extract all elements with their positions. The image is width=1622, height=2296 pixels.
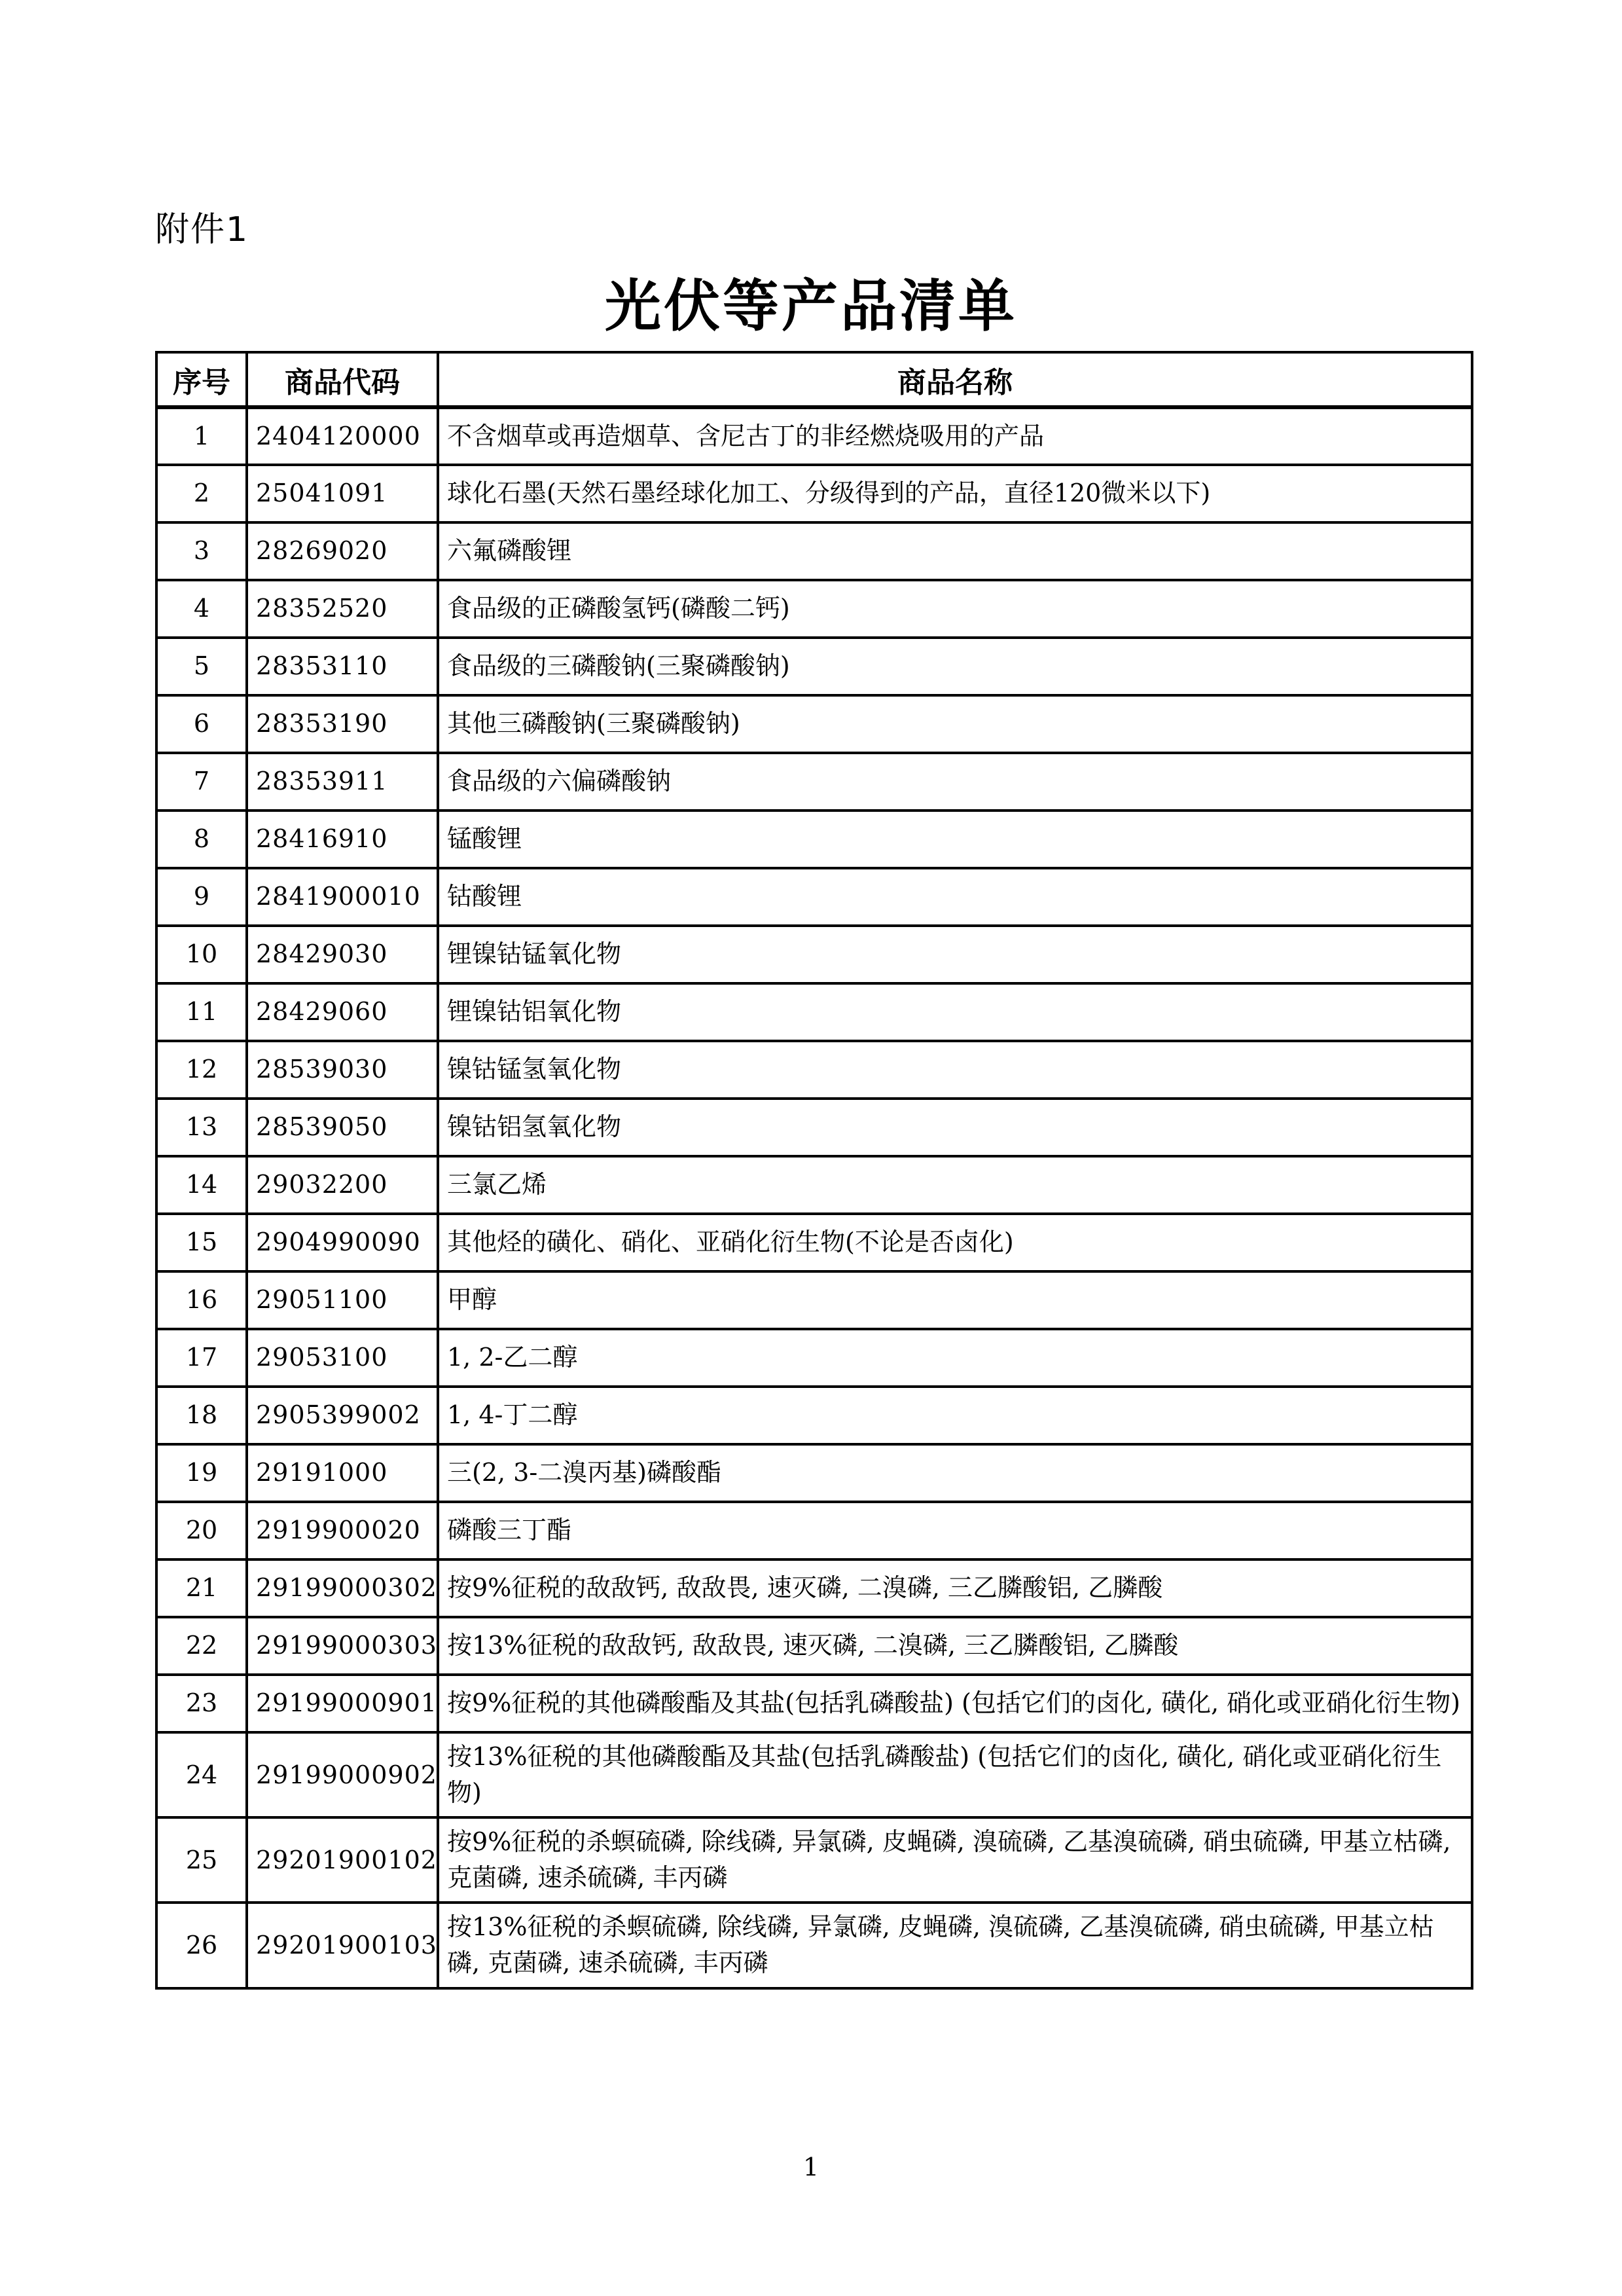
table-row: 22 29199000303 按13%征税的敌敌钙, 敌敌畏, 速灭磷, 二溴磷… (156, 1617, 1472, 1675)
product-name-cell: 球化石墨(天然石墨经球化加工、分级得到的产品，直径120微米以下) (438, 465, 1472, 522)
product-code-cell: 2841900010 (247, 868, 438, 926)
product-name-cell: 钴酸锂 (438, 868, 1472, 926)
product-code-cell: 29032200 (247, 1156, 438, 1214)
row-serial-number-cell: 16 (156, 1271, 247, 1329)
table-row: 8 28416910 锰酸锂 (156, 811, 1472, 868)
product-code-cell: 29201900103 (247, 1903, 438, 1988)
row-serial-number-cell: 20 (156, 1502, 247, 1559)
product-code-cell: 25041091 (247, 465, 438, 522)
table-row: 9 2841900010 钴酸锂 (156, 868, 1472, 926)
row-serial-number-cell: 21 (156, 1559, 247, 1617)
table-row: 5 28353110 食品级的三磷酸钠(三聚磷酸钠) (156, 638, 1472, 695)
product-code-cell: 2919900020 (247, 1502, 438, 1559)
product-name-cell: 按13%征税的杀螟硫磷, 除线磷, 异氯磷, 皮蝇磷, 溴硫磷, 乙基溴硫磷, … (438, 1903, 1472, 1988)
table-row: 23 29199000901 按9%征税的其他磷酸酯及其盐(包括乳磷酸盐) (包… (156, 1675, 1472, 1732)
table-row: 25 29201900102 按9%征税的杀螟硫磷, 除线磷, 异氯磷, 皮蝇磷… (156, 1817, 1472, 1903)
row-serial-number-cell: 17 (156, 1329, 247, 1387)
product-code-cell: 28416910 (247, 811, 438, 868)
page-number: 1 (0, 2153, 1622, 2181)
row-serial-number-cell: 6 (156, 695, 247, 753)
table-row: 21 29199000302 按9%征税的敌敌钙, 敌敌畏, 速灭磷, 二溴磷,… (156, 1559, 1472, 1617)
product-name-cell: 锰酸锂 (438, 811, 1472, 868)
row-serial-number-cell: 4 (156, 580, 247, 638)
product-table: 序号 商品代码 商品名称 1 2404120000 不含烟草或再造烟草、含尼古丁… (155, 351, 1473, 1990)
row-serial-number-cell: 9 (156, 868, 247, 926)
product-code-cell: 28353110 (247, 638, 438, 695)
product-code-cell: 29053100 (247, 1329, 438, 1387)
product-code-cell: 2904990090 (247, 1214, 438, 1271)
table-row: 20 2919900020 磷酸三丁酯 (156, 1502, 1472, 1559)
product-code-cell: 29199000901 (247, 1675, 438, 1732)
table-row: 17 29053100 1, 2-乙二醇 (156, 1329, 1472, 1387)
row-serial-number-cell: 14 (156, 1156, 247, 1214)
row-serial-number-cell: 2 (156, 465, 247, 522)
attachment-label: 附件1 (155, 202, 249, 251)
table-body: 1 2404120000 不含烟草或再造烟草、含尼古丁的非经燃烧吸用的产品 2 … (156, 407, 1472, 1988)
product-name-cell: 1, 2-乙二醇 (438, 1329, 1472, 1387)
product-name-cell: 食品级的正磷酸氢钙(磷酸二钙) (438, 580, 1472, 638)
product-name-cell: 按13%征税的其他磷酸酯及其盐(包括乳磷酸盐) (包括它们的卤化, 磺化, 硝化… (438, 1732, 1472, 1817)
table-row: 16 29051100 甲醇 (156, 1271, 1472, 1329)
page-title: 光伏等产品清单 (0, 261, 1622, 342)
table-row: 4 28352520 食品级的正磷酸氢钙(磷酸二钙) (156, 580, 1472, 638)
row-serial-number-cell: 13 (156, 1099, 247, 1156)
table-row: 26 29201900103 按13%征税的杀螟硫磷, 除线磷, 异氯磷, 皮蝇… (156, 1903, 1472, 1988)
product-name-cell: 食品级的三磷酸钠(三聚磷酸钠) (438, 638, 1472, 695)
table-row: 7 28353911 食品级的六偏磷酸钠 (156, 753, 1472, 811)
row-serial-number-cell: 24 (156, 1732, 247, 1817)
product-name-cell: 三(2, 3-二溴丙基)磷酸酯 (438, 1444, 1472, 1502)
table-row: 2 25041091 球化石墨(天然石墨经球化加工、分级得到的产品，直径120微… (156, 465, 1472, 522)
product-name-cell: 磷酸三丁酯 (438, 1502, 1472, 1559)
product-name-cell: 按13%征税的敌敌钙, 敌敌畏, 速灭磷, 二溴磷, 三乙膦酸铝, 乙膦酸 (438, 1617, 1472, 1675)
row-serial-number-cell: 23 (156, 1675, 247, 1732)
product-name-cell: 甲醇 (438, 1271, 1472, 1329)
row-serial-number-cell: 11 (156, 983, 247, 1041)
row-serial-number-cell: 26 (156, 1903, 247, 1988)
table-row: 12 28539030 镍钴锰氢氧化物 (156, 1041, 1472, 1099)
header-product-name: 商品名称 (438, 352, 1472, 407)
product-name-cell: 镍钴铝氢氧化物 (438, 1099, 1472, 1156)
product-code-cell: 28539030 (247, 1041, 438, 1099)
row-serial-number-cell: 7 (156, 753, 247, 811)
product-code-cell: 28429060 (247, 983, 438, 1041)
table-row: 11 28429060 锂镍钴铝氧化物 (156, 983, 1472, 1041)
product-name-cell: 锂镍钴铝氧化物 (438, 983, 1472, 1041)
product-name-cell: 1, 4-丁二醇 (438, 1387, 1472, 1444)
product-name-cell: 锂镍钴锰氧化物 (438, 926, 1472, 983)
product-code-cell: 29199000303 (247, 1617, 438, 1675)
product-code-cell: 29199000902 (247, 1732, 438, 1817)
table-row: 19 29191000 三(2, 3-二溴丙基)磷酸酯 (156, 1444, 1472, 1502)
product-code-cell: 28353190 (247, 695, 438, 753)
table-row: 18 2905399002 1, 4-丁二醇 (156, 1387, 1472, 1444)
row-serial-number-cell: 19 (156, 1444, 247, 1502)
product-name-cell: 其他烃的磺化、硝化、亚硝化衍生物(不论是否卤化) (438, 1214, 1472, 1271)
product-code-cell: 28429030 (247, 926, 438, 983)
product-code-cell: 29051100 (247, 1271, 438, 1329)
table-row: 15 2904990090 其他烃的磺化、硝化、亚硝化衍生物(不论是否卤化) (156, 1214, 1472, 1271)
product-name-cell: 按9%征税的敌敌钙, 敌敌畏, 速灭磷, 二溴磷, 三乙膦酸铝, 乙膦酸 (438, 1559, 1472, 1617)
document-page: 附件1 光伏等产品清单 序号 商品代码 商品名称 1 2404120000 不含… (0, 0, 1622, 2296)
product-name-cell: 六氟磷酸锂 (438, 522, 1472, 580)
table-row: 13 28539050 镍钴铝氢氧化物 (156, 1099, 1472, 1156)
row-serial-number-cell: 5 (156, 638, 247, 695)
table-row: 10 28429030 锂镍钴锰氧化物 (156, 926, 1472, 983)
row-serial-number-cell: 1 (156, 407, 247, 465)
product-code-cell: 29199000302 (247, 1559, 438, 1617)
table-row: 14 29032200 三氯乙烯 (156, 1156, 1472, 1214)
row-serial-number-cell: 3 (156, 522, 247, 580)
table-row: 24 29199000902 按13%征税的其他磷酸酯及其盐(包括乳磷酸盐) (… (156, 1732, 1472, 1817)
product-code-cell: 29191000 (247, 1444, 438, 1502)
row-serial-number-cell: 12 (156, 1041, 247, 1099)
row-serial-number-cell: 15 (156, 1214, 247, 1271)
product-code-cell: 28353911 (247, 753, 438, 811)
row-serial-number-cell: 22 (156, 1617, 247, 1675)
table-row: 1 2404120000 不含烟草或再造烟草、含尼古丁的非经燃烧吸用的产品 (156, 407, 1472, 465)
product-code-cell: 28539050 (247, 1099, 438, 1156)
product-name-cell: 三氯乙烯 (438, 1156, 1472, 1214)
table-row: 6 28353190 其他三磷酸钠(三聚磷酸钠) (156, 695, 1472, 753)
row-serial-number-cell: 8 (156, 811, 247, 868)
product-code-cell: 2905399002 (247, 1387, 438, 1444)
row-serial-number-cell: 25 (156, 1817, 247, 1903)
product-name-cell: 按9%征税的杀螟硫磷, 除线磷, 异氯磷, 皮蝇磷, 溴硫磷, 乙基溴硫磷, 硝… (438, 1817, 1472, 1903)
product-name-cell: 食品级的六偏磷酸钠 (438, 753, 1472, 811)
product-name-cell: 镍钴锰氢氧化物 (438, 1041, 1472, 1099)
product-name-cell: 不含烟草或再造烟草、含尼古丁的非经燃烧吸用的产品 (438, 407, 1472, 465)
row-serial-number-cell: 18 (156, 1387, 247, 1444)
header-product-code: 商品代码 (247, 352, 438, 407)
product-code-cell: 29201900102 (247, 1817, 438, 1903)
header-serial-number: 序号 (156, 352, 247, 407)
product-name-cell: 按9%征税的其他磷酸酯及其盐(包括乳磷酸盐) (包括它们的卤化, 磺化, 硝化或… (438, 1675, 1472, 1732)
table-header-row: 序号 商品代码 商品名称 (156, 352, 1472, 407)
product-code-cell: 28352520 (247, 580, 438, 638)
product-code-cell: 2404120000 (247, 407, 438, 465)
row-serial-number-cell: 10 (156, 926, 247, 983)
product-code-cell: 28269020 (247, 522, 438, 580)
table-row: 3 28269020 六氟磷酸锂 (156, 522, 1472, 580)
product-name-cell: 其他三磷酸钠(三聚磷酸钠) (438, 695, 1472, 753)
